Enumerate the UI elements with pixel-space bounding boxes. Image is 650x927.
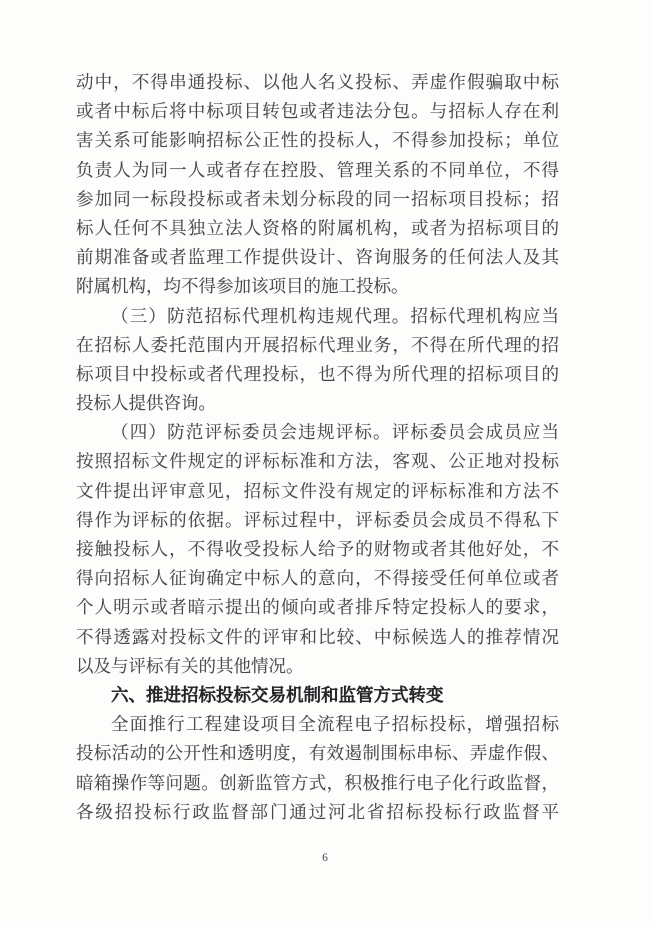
text-line: 附属机构，均不得参加该项目的施工投标。 [76, 272, 559, 301]
text-line: 在招标人委托范围内开展招标代理业务，不得在所代理的招 [76, 331, 559, 360]
text-line: 害关系可能影响招标公正性的投标人，不得参加投标；单位 [76, 126, 559, 155]
text-line: 个人明示或者暗示提出的倾向或者排斥特定投标人的要求， [76, 593, 559, 622]
section-heading: 六、推进招标投标交易机制和监管方式转变 [76, 681, 559, 710]
document-text-area: 动中，不得串通投标、以他人名义投标、弄虚作假骗取中标或者中标后将中标项目转包或者… [76, 68, 559, 827]
paragraph: （四）防范评标委员会违规评标。评标委员会成员应当按照招标文件规定的评标标准和方法… [76, 418, 559, 681]
paragraph: 全面推行工程建设项目全流程电子招标投标，增强招标投标活动的公开性和透明度，有效遏… [76, 710, 559, 827]
page-number: 6 [0, 852, 650, 864]
text-line: 或者中标后将中标项目转包或者违法分包。与招标人存在利 [76, 97, 559, 126]
text-line: 标项目中投标或者代理投标，也不得为所代理的招标项目的 [76, 360, 559, 389]
text-line: 参加同一标段投标或者未划分标段的同一招标项目投标；招 [76, 185, 559, 214]
paragraph: 动中，不得串通投标、以他人名义投标、弄虚作假骗取中标或者中标后将中标项目转包或者… [76, 68, 559, 302]
text-line: （三）防范招标代理机构违规代理。招标代理机构应当 [76, 302, 559, 331]
text-line: 文件提出评审意见，招标文件没有规定的评标标准和方法不 [76, 477, 559, 506]
text-line: 接触投标人，不得收受投标人给予的财物或者其他好处，不 [76, 535, 559, 564]
text-line: 前期准备或者监理工作提供设计、咨询服务的任何法人及其 [76, 243, 559, 272]
text-line: 按照招标文件规定的评标标准和方法，客观、公正地对投标 [76, 447, 559, 476]
text-line: 全面推行工程建设项目全流程电子招标投标，增强招标 [76, 710, 559, 739]
text-line: 投标活动的公开性和透明度，有效遏制围标串标、弄虚作假、 [76, 739, 559, 768]
text-line: 各级招投标行政监督部门通过河北省招标投标行政监督平 [76, 798, 559, 827]
text-line: 以及与评标有关的其他情况。 [76, 652, 559, 681]
document-page: 动中，不得串通投标、以他人名义投标、弄虚作假骗取中标或者中标后将中标项目转包或者… [0, 0, 650, 927]
text-line: （四）防范评标委员会违规评标。评标委员会成员应当 [76, 418, 559, 447]
paragraph: （三）防范招标代理机构违规代理。招标代理机构应当在招标人委托范围内开展招标代理业… [76, 302, 559, 419]
text-line: 六、推进招标投标交易机制和监管方式转变 [76, 681, 559, 710]
text-line: 标人任何不具独立法人资格的附属机构，或者为招标项目的 [76, 214, 559, 243]
text-line: 负责人为同一人或者存在控股、管理关系的不同单位，不得 [76, 156, 559, 185]
text-line: 动中，不得串通投标、以他人名义投标、弄虚作假骗取中标 [76, 68, 559, 97]
text-line: 暗箱操作等问题。创新监管方式，积极推行电子化行政监督， [76, 769, 559, 798]
text-line: 投标人提供咨询。 [76, 389, 559, 418]
text-line: 得向招标人征询确定中标人的意向，不得接受任何单位或者 [76, 564, 559, 593]
text-line: 得作为评标的依据。评标过程中，评标委员会成员不得私下 [76, 506, 559, 535]
text-line: 不得透露对投标文件的评审和比较、中标候选人的推荐情况 [76, 623, 559, 652]
